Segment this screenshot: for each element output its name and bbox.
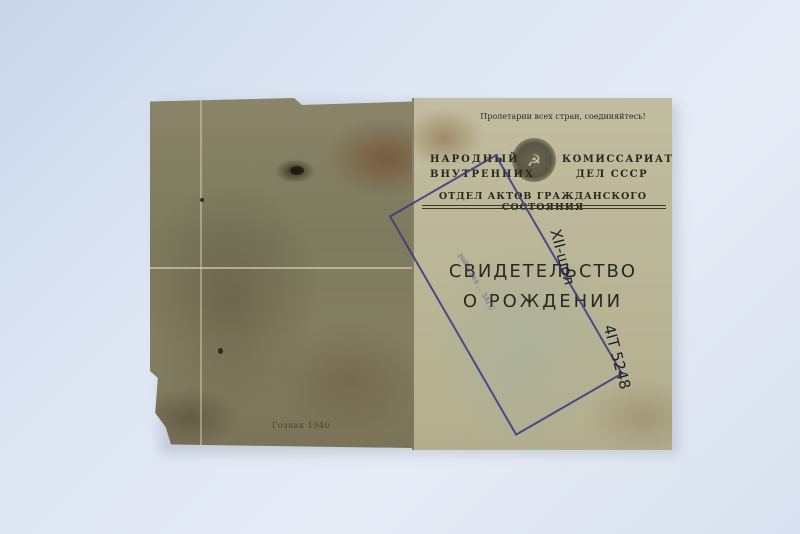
front-cover-page: Пролетарии всех стран, соединяйтесь! ☭ Н… bbox=[412, 98, 672, 450]
motto-text: Пролетарии всех стран, соединяйтесь! bbox=[414, 112, 672, 121]
stain bbox=[290, 166, 304, 175]
printer-imprint: Гознак 1940 bbox=[272, 421, 330, 430]
fold-crease-horizontal bbox=[150, 267, 412, 269]
birth-certificate-booklet: Гознак 1940 Пролетарии всех стран, соеди… bbox=[150, 98, 670, 450]
org-right-line2: ДЕЛ СССР bbox=[562, 167, 662, 182]
stain bbox=[200, 198, 204, 202]
fold-crease-vertical bbox=[200, 98, 202, 448]
back-cover-page: Гознак 1940 bbox=[150, 98, 412, 448]
org-right-line1: КОМИССАРИАТ bbox=[562, 152, 662, 167]
org-name-right: КОМИССАРИАТ ДЕЛ СССР bbox=[562, 152, 662, 182]
stain bbox=[218, 348, 223, 354]
